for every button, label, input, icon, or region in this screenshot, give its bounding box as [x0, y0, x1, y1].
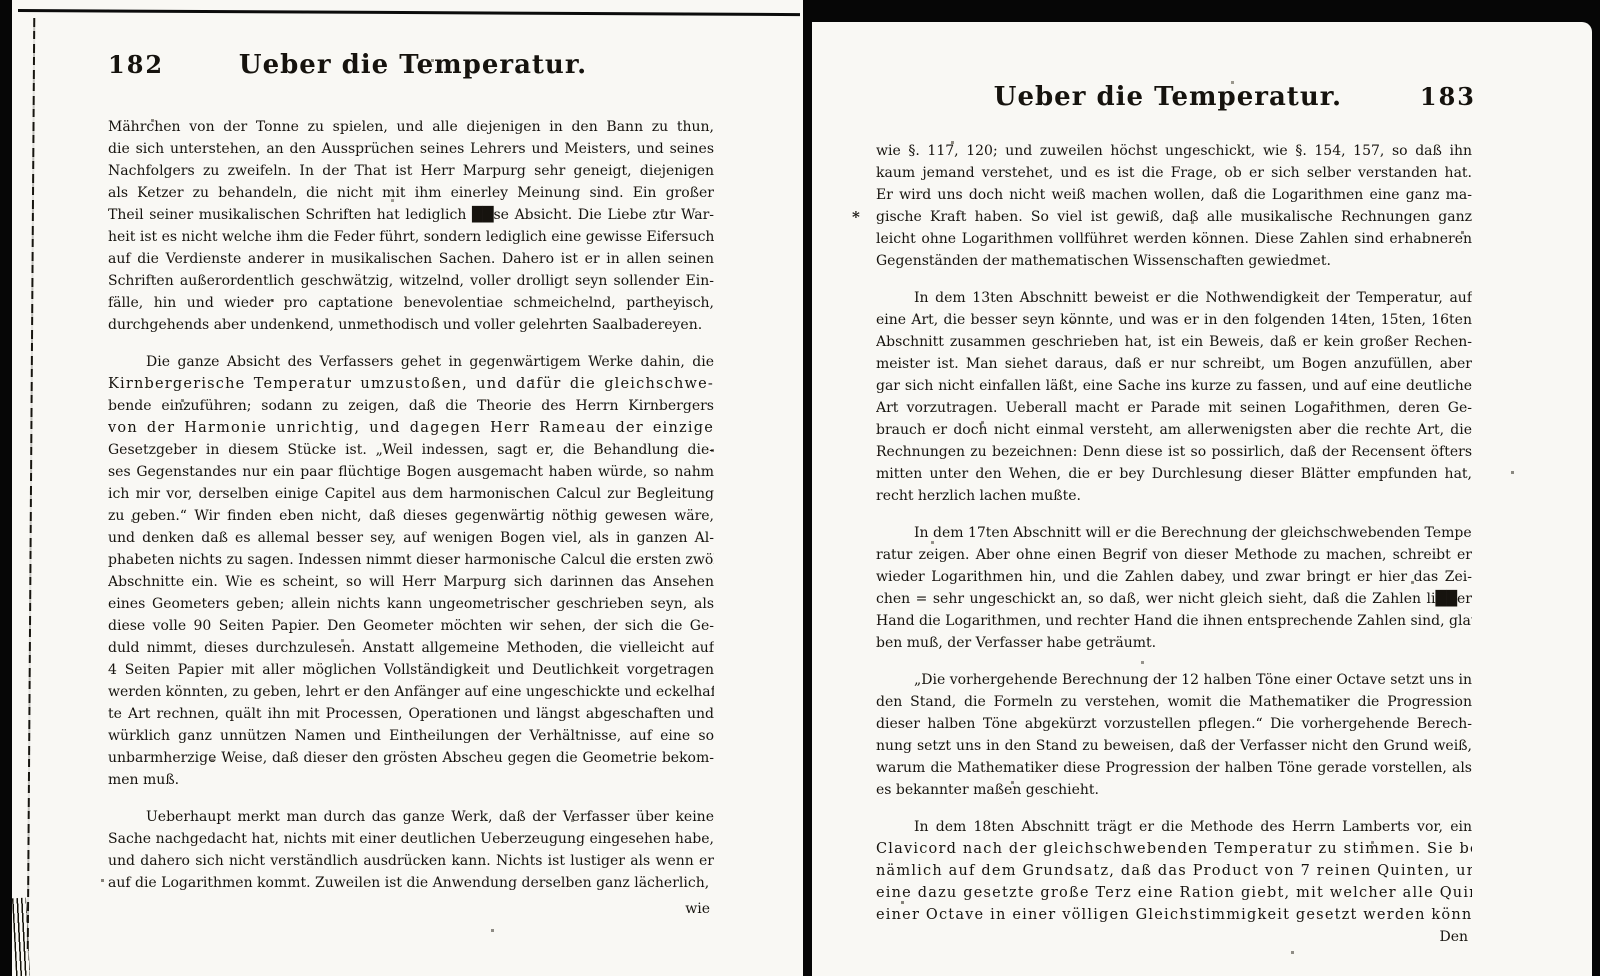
book-page-left: 182 Ueber die Temperatur. Mährchen von d…	[12, 0, 803, 976]
text-block-right: wie §. 117, 120; und zuweilen höchst ung…	[876, 140, 1472, 941]
text-line: durchgehends aber undenkend, unmethodisc…	[108, 314, 714, 336]
text-line: ratur zeigen. Aber ohne einen Begrif von…	[876, 544, 1472, 566]
text-line: Mährchen von der Tonne zu spielen, und a…	[108, 116, 714, 138]
text-line: Gesetzgeber in diesem Stücke ist. „Weil …	[108, 439, 714, 461]
text-line: mitten unter den Wehen, die er bey Durch…	[876, 463, 1472, 485]
text-line: Abschnitte ein. Wie es scheint, so will …	[108, 571, 714, 593]
text-line: Rechnungen zu bezeichnen: Denn diese ist…	[876, 441, 1472, 463]
paragraph: In dem 18ten Abschnitt trägt er die Meth…	[876, 816, 1472, 926]
page-number: 182	[108, 50, 164, 79]
book-page-right: Ueber die Temperatur. 183 * wie §. 117, …	[812, 22, 1592, 976]
text-line: warum die Mathematiker diese Progression…	[876, 757, 1472, 779]
text-line: ses Gegenstandes nur ein paar flüchtige …	[108, 461, 714, 483]
text-line: ich mir vor, derselben einige Capitel au…	[108, 483, 714, 505]
text-line: Clavicord nach der gleichschwebenden Tem…	[876, 838, 1472, 860]
text-line: Art vorzutragen. Ueberall macht er Parad…	[876, 397, 1472, 419]
running-title: Ueber die Temperatur.	[876, 82, 1420, 112]
text-line: 4 Seiten Papier mit aller möglichen Voll…	[108, 659, 714, 681]
text-line: Die ganze Absicht des Verfassers gehet i…	[108, 351, 714, 373]
text-line: Nachfolgers zu zweifeln. In der That ist…	[108, 160, 714, 182]
text-line: diese volle 90 Seiten Papier. Den Geomet…	[108, 615, 714, 637]
text-line: In dem 17ten Abschnitt will er die Berec…	[876, 522, 1472, 544]
paragraph: Mährchen von der Tonne zu spielen, und a…	[108, 116, 714, 336]
text-line: Sache nachgedacht hat, nichts mit einer …	[108, 828, 714, 850]
text-line: bende einzuführen; sodann zu zeigen, daß…	[108, 395, 714, 417]
text-line: als Ketzer zu behandeln, die nicht mit i…	[108, 182, 714, 204]
catchword: wie	[108, 898, 714, 920]
paragraph: Die ganze Absicht des Verfassers gehet i…	[108, 351, 714, 791]
catchword: Den	[876, 926, 1472, 948]
text-line: wieder Logarithmen hin, und die Zahlen d…	[876, 566, 1472, 588]
page-header-left: 182 Ueber die Temperatur.	[108, 50, 722, 80]
text-line: dieser halben Töne abgekürzt vorzustelle…	[876, 713, 1472, 735]
text-line: eine Art, die besser seyn könnte, und wa…	[876, 309, 1472, 331]
text-line: einer Octave in einer völligen Gleichsti…	[876, 904, 1472, 926]
text-line: zu geben.“ Wir finden eben nicht, daß di…	[108, 505, 714, 527]
text-line: kaum jemand verstehet, und es ist die Fr…	[876, 162, 1472, 184]
text-line: würklich ganz unnützen Namen und Einthei…	[108, 725, 714, 747]
text-line: unbarmherzige Weise, daß dieser den grös…	[108, 747, 714, 769]
margin-note-asterisk: *	[852, 208, 860, 226]
text-line: men muß.	[108, 769, 714, 791]
paragraph: „Die vorhergehende Berechnung der 12 hal…	[876, 669, 1472, 801]
text-line: recht herzlich lachen mußte.	[876, 485, 1472, 507]
text-line: gische Kraft haben. So viel ist gewiß, d…	[876, 206, 1472, 228]
paragraph: Ueberhaupt merkt man durch das ganze Wer…	[108, 806, 714, 894]
text-line: auf die Logarithmen kommt. Zuweilen ist …	[108, 872, 714, 894]
text-line: Abschnitt zusammen geschrieben hat, ist …	[876, 331, 1472, 353]
running-title: Ueber die Temperatur.	[164, 50, 722, 80]
text-block-left: Mährchen von der Tonne zu spielen, und a…	[108, 116, 714, 909]
scan-noise-specks	[12, 0, 13, 1]
text-line: heit ist es nicht welche ihm die Feder f…	[108, 226, 714, 248]
text-line: nämlich auf dem Grundsatz, daß das Produ…	[876, 860, 1472, 882]
text-line: Theil seiner musikalischen Schriften hat…	[108, 204, 714, 226]
paragraph: In dem 17ten Abschnitt will er die Berec…	[876, 522, 1472, 654]
text-line: ben muß, der Verfasser habe geträumt.	[876, 632, 1472, 654]
catchword-container-right: Den	[876, 926, 1472, 948]
text-line: und dahero sich nicht verständlich ausdr…	[108, 850, 714, 872]
paragraph: In dem 13ten Abschnitt beweist er die No…	[876, 287, 1472, 507]
text-line: wie §. 117, 120; und zuweilen höchst ung…	[876, 140, 1472, 162]
text-line: fälle, hin und wieder pro captatione ben…	[108, 292, 714, 314]
text-line: auf die Verdienste anderer in musikalisc…	[108, 248, 714, 270]
paragraph: wie §. 117, 120; und zuweilen höchst ung…	[876, 140, 1472, 272]
text-line: den Stand, die Formeln zu verstehen, wom…	[876, 691, 1472, 713]
scan-binding-fold-artifact	[27, 18, 36, 953]
text-line: leicht ohne Logarithmen vollführet werde…	[876, 228, 1472, 250]
text-line: te Art rechnen, quält ihn mit Processen,…	[108, 703, 714, 725]
text-line: Ueberhaupt merkt man durch das ganze Wer…	[108, 806, 714, 828]
text-line: brauch er doch nicht einmal versteht, am…	[876, 419, 1472, 441]
text-line: eine dazu gesetzte große Terz eine Ratio…	[876, 882, 1472, 904]
text-line: eines Geometers geben; allein nichts kan…	[108, 593, 714, 615]
scan-noise-specks	[812, 22, 813, 23]
text-line: Schriften außerordentlich geschwätzig, w…	[108, 270, 714, 292]
scan-top-edge-artifact	[18, 9, 800, 16]
catchword-container-left: wie	[108, 898, 714, 920]
text-line: chen = sehr ungeschickt an, so daß, wer …	[876, 588, 1472, 610]
text-line: es bekannter maßen geschieht.	[876, 779, 1472, 801]
text-line: Gegenständen der mathematischen Wissensc…	[876, 250, 1472, 272]
text-line: nung setzt uns in den Stand zu beweisen,…	[876, 735, 1472, 757]
text-line: In dem 13ten Abschnitt beweist er die No…	[876, 287, 1472, 309]
page-number: 183	[1420, 82, 1476, 111]
page-header-right: Ueber die Temperatur. 183	[876, 82, 1476, 112]
text-line: meister ist. Man siehet daraus, daß er n…	[876, 353, 1472, 375]
text-line: In dem 18ten Abschnitt trägt er die Meth…	[876, 816, 1472, 838]
text-line: Hand die Logarithmen, und rechter Hand d…	[876, 610, 1472, 632]
text-line: „Die vorhergehende Berechnung der 12 hal…	[876, 669, 1472, 691]
text-line: duld nimmt, dieses durchzulesen. Anstatt…	[108, 637, 714, 659]
text-line: Er wird uns doch nicht weiß machen wolle…	[876, 184, 1472, 206]
text-line: werden könnten, zu geben, lehrt er den A…	[108, 681, 714, 703]
text-line: von der Harmonie unrichtig, und dagegen …	[108, 417, 714, 439]
text-line: gar sich nicht einfallen läßt, eine Sach…	[876, 375, 1472, 397]
text-line: die sich unterstehen, an den Aussprüchen…	[108, 138, 714, 160]
text-line: Kirnbergerische Temperatur umzustoßen, u…	[108, 373, 714, 395]
text-line: und denken daß es allemal besser sey, au…	[108, 527, 714, 549]
text-line: phabeten nichts zu sagen. Indessen nimmt…	[108, 549, 714, 571]
